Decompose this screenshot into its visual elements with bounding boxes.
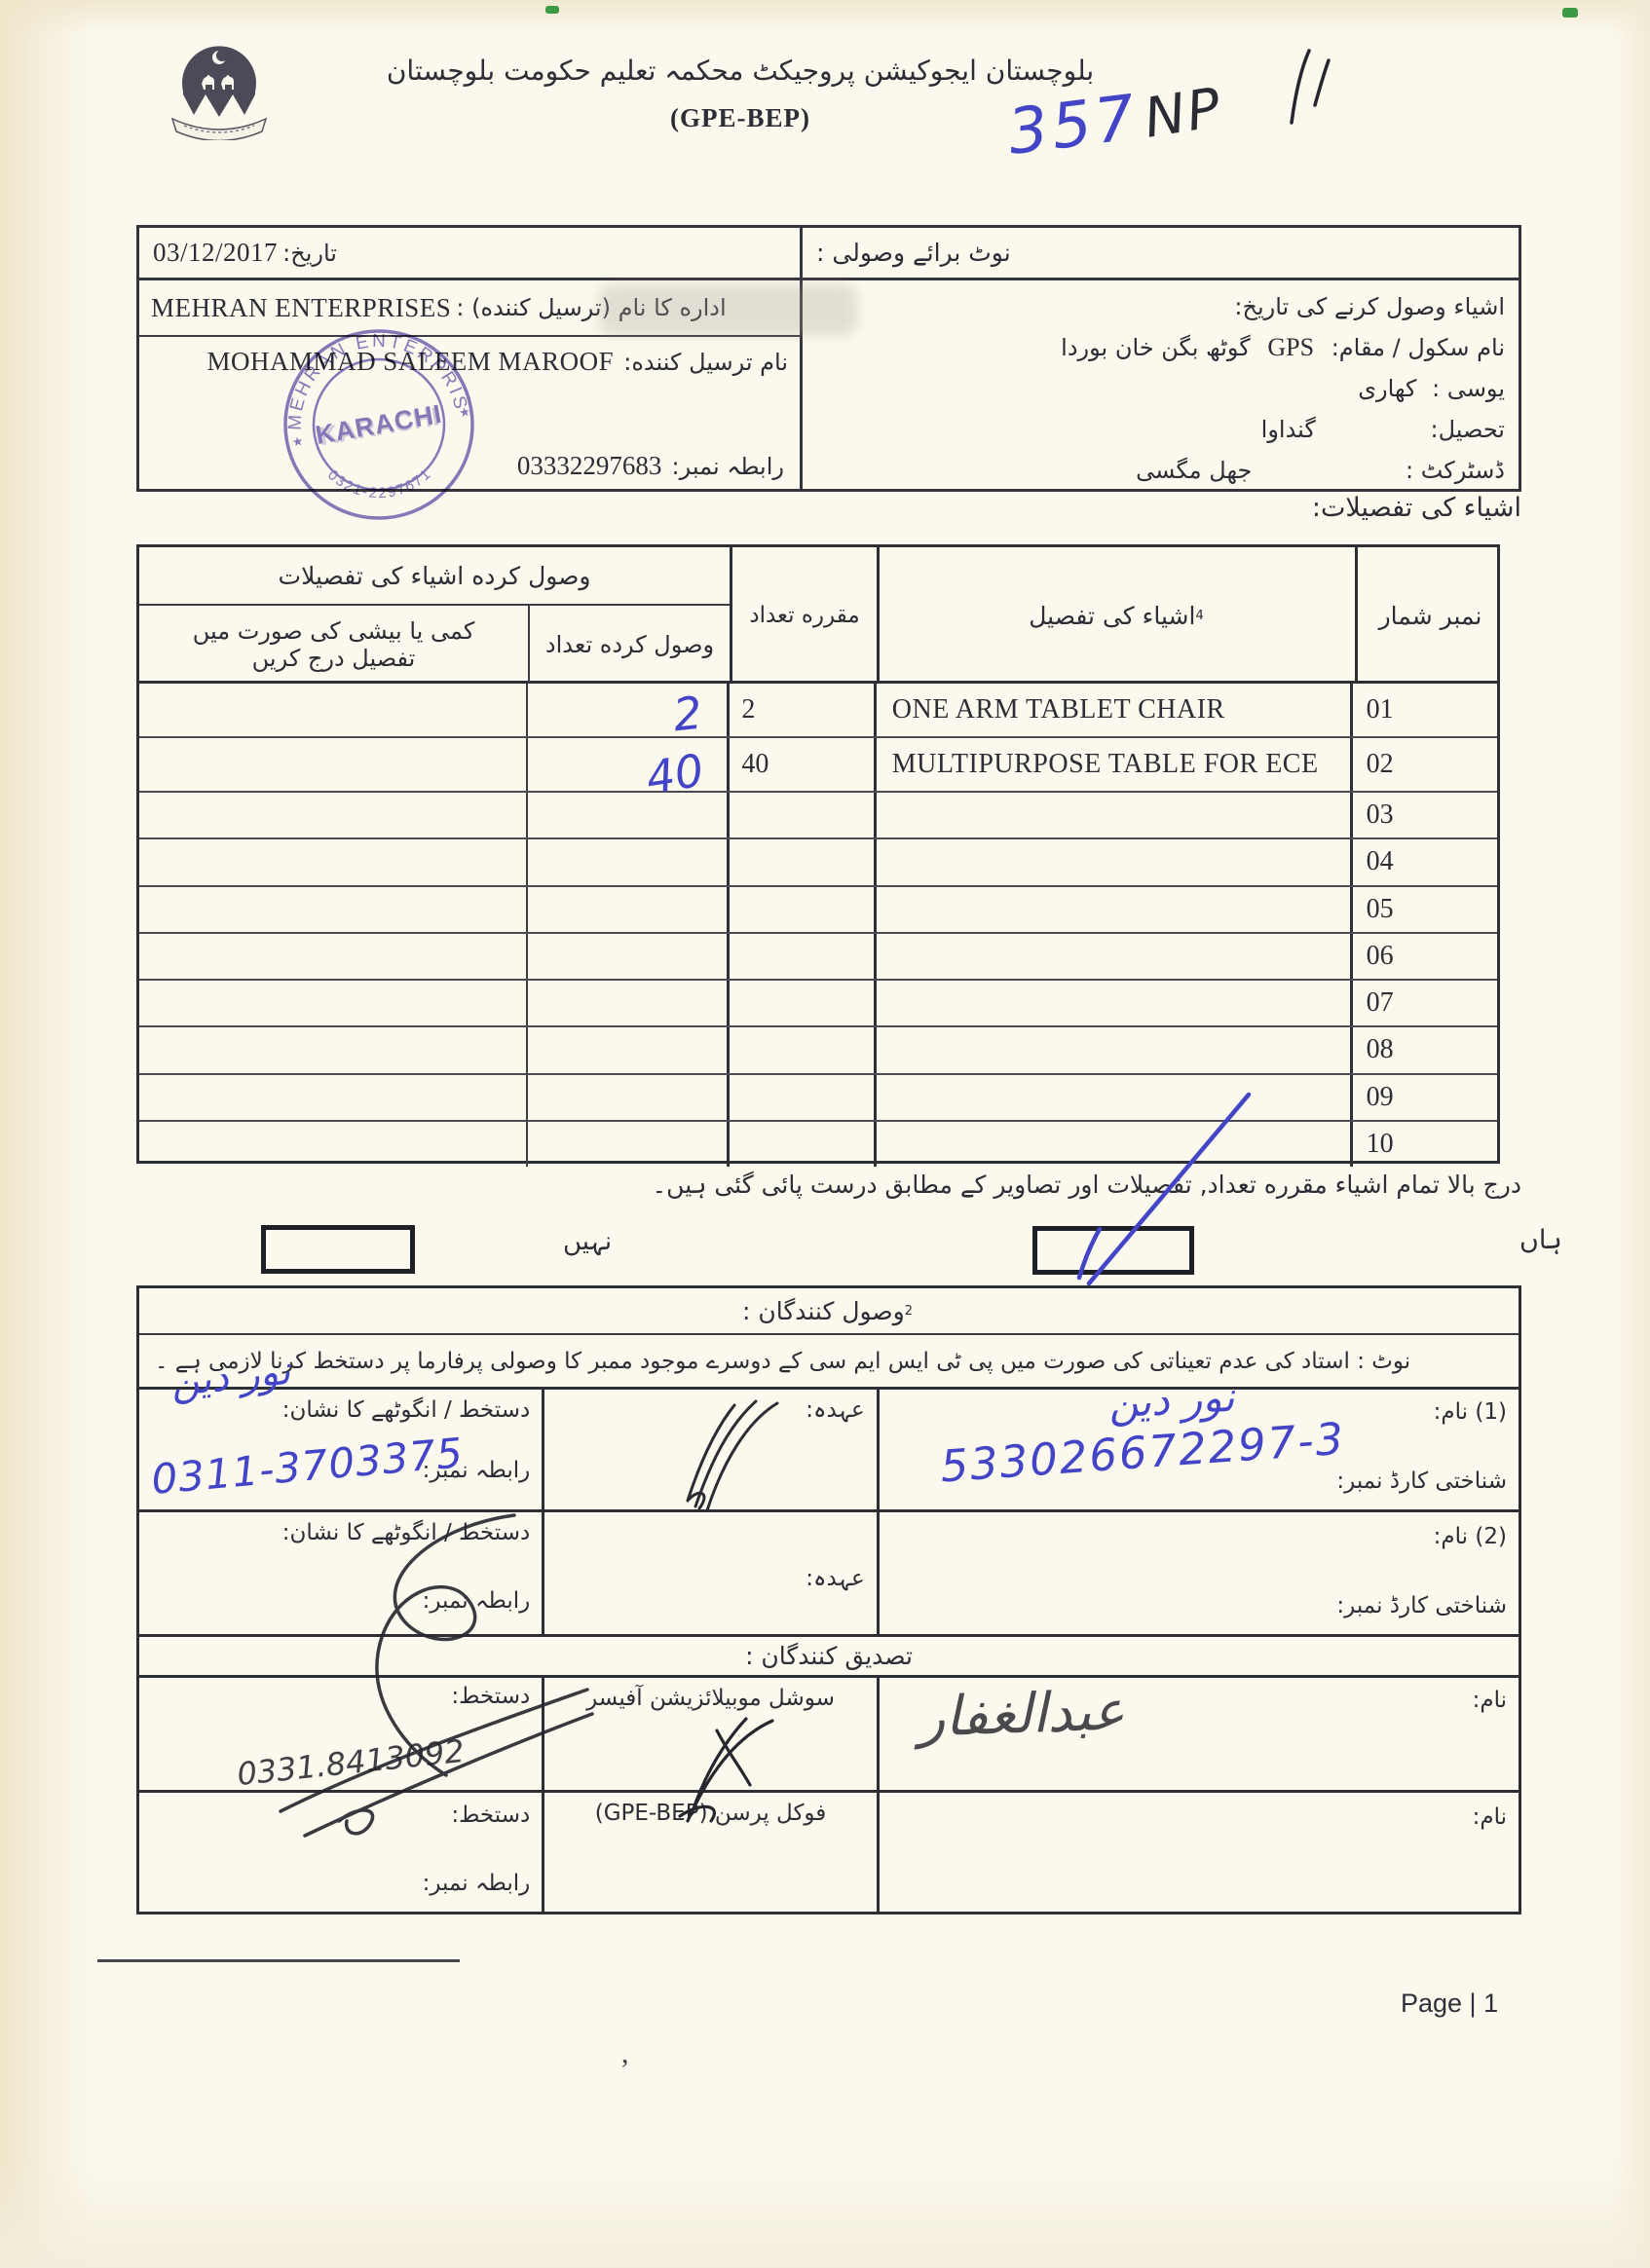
bottom-rule-line	[97, 1959, 460, 1962]
tehsil-value: گنداوا	[1261, 416, 1316, 443]
verifier-1-name-label: نام:	[1473, 1688, 1507, 1713]
header-received-items-group: وصول کرده اشیاء کی تفصیلات	[139, 547, 730, 606]
items-section-label: اشیاء کی تفصیلات:	[1149, 493, 1521, 523]
serial-number: 09	[1367, 1082, 1394, 1113]
item-received-cell	[526, 839, 727, 884]
contact-label: رابطہ نمبر:	[672, 453, 784, 480]
item-serial-cell: 02	[1350, 738, 1497, 791]
item-serial-cell: 09	[1350, 1075, 1497, 1120]
item-remarks-cell	[139, 887, 526, 932]
item-serial-cell: 01	[1350, 684, 1497, 736]
prescribed-qty: 40	[741, 749, 769, 780]
receipt-note-row: نوٹ برائے وصولی :	[803, 228, 1519, 280]
item-prescribed-cell: 2	[727, 684, 873, 736]
header-received-qty: وصول کرده تعداد	[528, 606, 730, 684]
item-received-cell	[526, 1122, 727, 1167]
verifier-1-role-signature	[651, 1709, 797, 1831]
scan-smudge	[599, 284, 857, 335]
item-serial-cell: 10	[1350, 1122, 1497, 1167]
item-prescribed-cell	[727, 1122, 873, 1167]
items-rows: 22ONE ARM TABLET CHAIR014040MULTIPURPOSE…	[139, 684, 1497, 1167]
stamp-arc-bottom-text: 0321-2297671	[322, 450, 437, 511]
no-label: نہیں	[563, 1227, 612, 1256]
table-row: 07	[139, 981, 1497, 1027]
item-remarks-cell	[139, 934, 526, 979]
item-description-cell	[874, 1027, 1350, 1072]
item-serial-cell: 07	[1350, 981, 1497, 1025]
item-description-cell	[874, 793, 1350, 837]
header-remarks: کمی یا بیشی کی صورت میں تفصیل درج کریں	[139, 606, 528, 684]
receiver-1-role-signature	[631, 1392, 787, 1523]
item-description-cell: MULTIPURPOSE TABLE FOR ECE	[874, 738, 1350, 791]
header-prescribed-qty: مقرره تعداد	[730, 547, 877, 684]
item-remarks-cell	[139, 1027, 526, 1072]
school-name: گوٹھ بگن خان بوردا	[1061, 334, 1251, 361]
svg-text:0321-2297671: 0321-2297671	[322, 450, 437, 511]
items-table-header: وصول کرده اشیاء کی تفصیلات کمی یا بیشی ک…	[139, 547, 1497, 684]
table-row: 08	[139, 1027, 1497, 1074]
verifier-2-name-label: نام:	[1473, 1804, 1507, 1830]
handwritten-ref-letters: NP	[1140, 76, 1226, 151]
serial-number: 04	[1367, 846, 1394, 877]
school-info-block: اشیاء وصول کرنے کی تاریخ: نام سکول / مقا…	[803, 286, 1519, 491]
handwritten-ref-number: 357	[1004, 82, 1143, 169]
item-description-cell	[874, 839, 1350, 884]
receipt-note-label: نوٹ برائے وصولی :	[816, 239, 1011, 267]
pen-mark-top-right	[1264, 45, 1352, 128]
verifier-2-contact-label: رابطہ نمبر:	[423, 1871, 531, 1896]
serial-number: 01	[1367, 694, 1394, 725]
header-description-footnote-mark: 4	[1195, 609, 1203, 623]
serial-number: 03	[1367, 799, 1394, 831]
scan-edge-top	[0, 0, 1650, 35]
item-received-cell: 2	[526, 684, 727, 736]
contact-value: 03332297683	[517, 451, 662, 480]
item-remarks-cell	[139, 738, 526, 791]
item-prescribed-cell	[727, 934, 873, 979]
ink-speck: ,	[621, 2037, 629, 2070]
item-description-cell	[874, 887, 1350, 932]
item-description: MULTIPURPOSE TABLE FOR ECE	[892, 749, 1319, 780]
item-prescribed-cell	[727, 839, 873, 884]
tehsil-line: تحصیل: گنداوا	[803, 409, 1519, 450]
receiver-1-name-label: (1) نام:	[1434, 1399, 1507, 1425]
prescribed-qty: 2	[741, 694, 755, 725]
receivers-title: 2 وصول کنندگان :	[139, 1288, 1519, 1335]
item-description: ONE ARM TABLET CHAIR	[892, 694, 1225, 725]
receiver-1-name-handwritten: نور دین	[1107, 1373, 1236, 1428]
receive-date-label: اشیاء وصول کرنے کی تاریخ:	[1234, 293, 1505, 320]
item-description-cell: ONE ARM TABLET CHAIR	[874, 684, 1350, 736]
item-received-cell: 40	[526, 738, 727, 791]
receivers-title-footnote-mark: 2	[905, 1304, 913, 1319]
table-row: 06	[139, 934, 1497, 981]
district-line: ڈسٹرکٹ : جھل مگسی	[803, 450, 1519, 491]
bep-logo-emblem	[159, 41, 281, 140]
item-serial-cell: 08	[1350, 1027, 1497, 1072]
school-type: GPS	[1267, 333, 1314, 361]
info-right-column: نوٹ برائے وصولی : اشیاء وصول کرنے کی تار…	[800, 228, 1519, 489]
table-row: 4040MULTIPURPOSE TABLE FOR ECE02	[139, 738, 1497, 793]
item-serial-cell: 06	[1350, 934, 1497, 979]
serial-number: 10	[1367, 1129, 1394, 1160]
date-value: 03/12/2017	[153, 238, 278, 268]
scanned-document-page: بلوچستان ایجوکیشن پروجیکٹ محکمہ تعلیم حک…	[0, 0, 1650, 2268]
yes-label: ہاں	[1519, 1225, 1562, 1255]
verifier-2-name-cell: نام:	[877, 1793, 1519, 1915]
serial-number: 02	[1367, 749, 1394, 780]
scan-artifact-dot	[545, 6, 559, 14]
bep-logo	[159, 41, 281, 140]
table-row: 09	[139, 1075, 1497, 1122]
item-remarks-cell	[139, 793, 526, 837]
serial-number: 07	[1367, 987, 1394, 1019]
uc-value: کھاری	[1358, 375, 1416, 402]
item-serial-cell: 03	[1350, 793, 1497, 837]
item-received-cell	[526, 934, 727, 979]
document-title: بلوچستان ایجوکیشن پروجیکٹ محکمہ تعلیم حک…	[302, 55, 1179, 87]
items-table: وصول کرده اشیاء کی تفصیلات کمی یا بیشی ک…	[136, 544, 1500, 1164]
date-label: تاریخ:	[282, 240, 337, 267]
date-row: تاریخ: 03/12/2017	[139, 228, 800, 280]
school-label: نام سکول / مقام:	[1331, 334, 1505, 361]
item-description-cell	[874, 934, 1350, 979]
receivers-title-text: وصول کنندگان :	[742, 1297, 905, 1325]
table-row: 04	[139, 839, 1497, 886]
table-row: 22ONE ARM TABLET CHAIR01	[139, 684, 1497, 738]
header-serial-number: نمبر شمار	[1355, 547, 1503, 684]
tehsil-label: تحصیل:	[1431, 416, 1506, 443]
item-serial-cell: 05	[1350, 887, 1497, 932]
receiver-2-name-cell: (2) نام: شناختی کارڈ نمبر:	[877, 1512, 1519, 1634]
uc-line: یوسی : کھاری	[803, 368, 1519, 409]
receive-date-line: اشیاء وصول کرنے کی تاریخ:	[803, 286, 1519, 327]
item-description-cell	[874, 981, 1350, 1025]
page-number: Page | 1	[1401, 1989, 1498, 2019]
table-row: 10	[139, 1122, 1497, 1167]
handwritten-received-qty: 2	[671, 687, 705, 742]
serial-number: 06	[1367, 941, 1394, 972]
district-value: جھل مگسی	[1136, 457, 1252, 484]
scan-edge-left	[0, 0, 93, 2268]
item-received-cell	[526, 981, 727, 1025]
verifier-1-large-signature	[212, 1498, 612, 1853]
item-received-cell	[526, 1075, 727, 1120]
uc-label: یوسی :	[1432, 375, 1505, 402]
receiver-1-sign-label: دستخط / انگوٹھے کا نشان:	[282, 1397, 531, 1423]
school-line: نام سکول / مقام: GPS گوٹھ بگن خان بوردا	[803, 327, 1519, 368]
item-prescribed-cell: 40	[727, 738, 873, 791]
item-prescribed-cell	[727, 981, 873, 1025]
yes-checkmark-pen-stroke	[1044, 1087, 1258, 1296]
stamp-star-left: ★	[291, 434, 305, 451]
no-checkbox[interactable]	[261, 1225, 415, 1274]
receiver-1-role-label: عہدہ:	[806, 1397, 865, 1423]
receiver-2-name-label: (2) نام:	[1434, 1524, 1507, 1549]
header-item-description: 4 اشیاء کی تفصیل	[877, 547, 1355, 684]
scan-artifact-dot	[1562, 8, 1578, 18]
table-row: 03	[139, 793, 1497, 839]
item-remarks-cell	[139, 1122, 526, 1167]
serial-number: 05	[1367, 894, 1394, 925]
scan-edge-right	[1611, 0, 1650, 2268]
item-prescribed-cell	[727, 793, 873, 837]
item-serial-cell: 04	[1350, 839, 1497, 884]
verifier-1-name-signature: عبدالغفار	[918, 1679, 1126, 1749]
item-remarks-cell	[139, 981, 526, 1025]
receiver-2-id-label: شناختی کارڈ نمبر:	[1336, 1593, 1507, 1618]
item-received-cell	[526, 793, 727, 837]
item-received-cell	[526, 1027, 727, 1072]
item-remarks-cell	[139, 839, 526, 884]
header-item-description-text: اشیاء کی تفصیل	[1029, 602, 1195, 630]
sender-label: نام ترسیل کننده:	[623, 349, 788, 376]
table-row: 05	[139, 887, 1497, 934]
item-prescribed-cell	[727, 1075, 873, 1120]
item-prescribed-cell	[727, 887, 873, 932]
company-stamp: MEHRAN ENTERPRISES 0321-2297671 KARACHI …	[275, 315, 484, 539]
item-received-cell	[526, 887, 727, 932]
receivers-note: نوٹ : استاد کی عدم تعیناتی کی صورت میں پ…	[139, 1335, 1519, 1390]
scan-edge-bottom	[0, 2161, 1650, 2268]
receivers-verifiers-table: 2 وصول کنندگان : نوٹ : استاد کی عدم تعین…	[136, 1285, 1521, 1915]
receiver-1-id-label: شناختی کارڈ نمبر:	[1336, 1469, 1507, 1494]
district-label: ڈسٹرکٹ :	[1406, 457, 1505, 484]
serial-number: 08	[1367, 1034, 1394, 1065]
item-remarks-cell	[139, 684, 526, 736]
item-prescribed-cell	[727, 1027, 873, 1072]
receiver-2-role-label: عہدہ:	[806, 1566, 865, 1591]
item-remarks-cell	[139, 1075, 526, 1120]
